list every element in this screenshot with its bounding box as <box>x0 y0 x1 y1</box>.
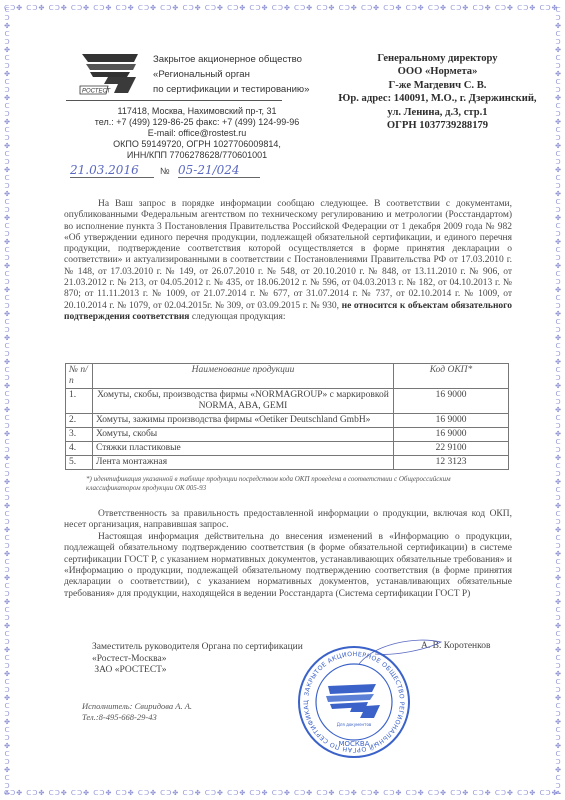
outgoing-number: 05-21/024 <box>178 163 260 178</box>
letterhead-divider <box>66 100 282 101</box>
organization-contacts: 117418, Москва, Нахимовский пр-т, 31 тел… <box>88 106 306 161</box>
executor-info: Исполнитель: Свиридова А. А. Тел.:8-495-… <box>82 701 192 723</box>
table-row: 3. Хомуты, скобы 16 9000 <box>66 428 509 442</box>
table-header-row: № п/п Наименование продукции Код ОКП* <box>66 364 509 389</box>
outgoing-reference: 21.03.2016 № 05-21/024 <box>68 163 328 179</box>
table-row: 1. Хомуты, скобы, производства фирмы «NO… <box>66 389 509 414</box>
table-footnote: *) идентификация указанной в таблице про… <box>86 475 506 493</box>
products-table: № п/п Наименование продукции Код ОКП* 1.… <box>65 363 509 470</box>
letter-body-continued: Ответственность за правильность предоста… <box>64 509 512 600</box>
body-paragraph: Ответственность за правильность предоста… <box>64 509 512 532</box>
letter-body: На Ваш запрос в порядке информации сообщ… <box>64 199 512 323</box>
organization-name: Закрытое акционерное общество «Региональ… <box>153 52 309 97</box>
table-row: 4. Стяжки пластиковые 22 9100 <box>66 442 509 456</box>
table-row: 2. Хомуты, зажимы производства фирмы «Oe… <box>66 414 509 428</box>
rostest-logo-icon: РОСТЕСТ <box>78 50 144 96</box>
svg-text:Для документов: Для документов <box>337 722 372 727</box>
executor-phone: Тел.:8-495-668-29-43 <box>82 712 192 723</box>
table-row: 5. Лента монтажная 12 3123 <box>66 456 509 470</box>
header-okp-code: Код ОКП* <box>394 364 509 389</box>
outgoing-date: 21.03.2016 <box>70 163 154 178</box>
number-label: № <box>160 166 170 176</box>
email-link[interactable]: E-mail: office@rostest.ru <box>88 128 306 139</box>
svg-text:МОСКВА: МОСКВА <box>339 740 370 748</box>
header-product-name: Наименование продукции <box>93 364 394 389</box>
decorative-border-top: ᑕᑐ✤ ᑕᑐ✤ ᑕᑐ✤ ᑕᑐ✤ ᑕᑐ✤ ᑕᑐ✤ ᑕᑐ✤ ᑕᑐ✤ ᑕᑐ✤ ᑕᑐ✤ … <box>4 3 561 13</box>
body-paragraph: Настоящая информация действительна до вн… <box>64 532 512 600</box>
header-number: № п/п <box>66 364 93 389</box>
decorative-border-left: ᑕᑐ✤ ᑕᑐ✤ ᑕᑐ✤ ᑕᑐ✤ ᑕᑐ✤ ᑕᑐ✤ ᑕᑐ✤ ᑕᑐ✤ ᑕᑐ✤ ᑕᑐ✤ … <box>3 6 11 794</box>
decorative-border-right: ᑕᑐ✤ ᑕᑐ✤ ᑕᑐ✤ ᑕᑐ✤ ᑕᑐ✤ ᑕᑐ✤ ᑕᑐ✤ ᑕᑐ✤ ᑕᑐ✤ ᑕᑐ✤ … <box>554 6 562 794</box>
signatory-position: Заместитель руководителя Органа по серти… <box>92 642 303 677</box>
decorative-border-bottom: ᑕᑐ✤ ᑕᑐ✤ ᑕᑐ✤ ᑕᑐ✤ ᑕᑐ✤ ᑕᑐ✤ ᑕᑐ✤ ᑕᑐ✤ ᑕᑐ✤ ᑕᑐ✤ … <box>4 788 561 798</box>
body-paragraph: На Ваш запрос в порядке информации сообщ… <box>64 199 512 323</box>
svg-text:РОСТЕСТ: РОСТЕСТ <box>82 89 112 95</box>
recipient-block: Генеральному директору ООО «Нормета» Г-ж… <box>325 52 550 132</box>
official-stamp-icon: ЗАКРЫТОЕ АКЦИОНЕРНОЕ ОБЩЕСТВО РЕГИОНАЛЬН… <box>296 644 412 760</box>
